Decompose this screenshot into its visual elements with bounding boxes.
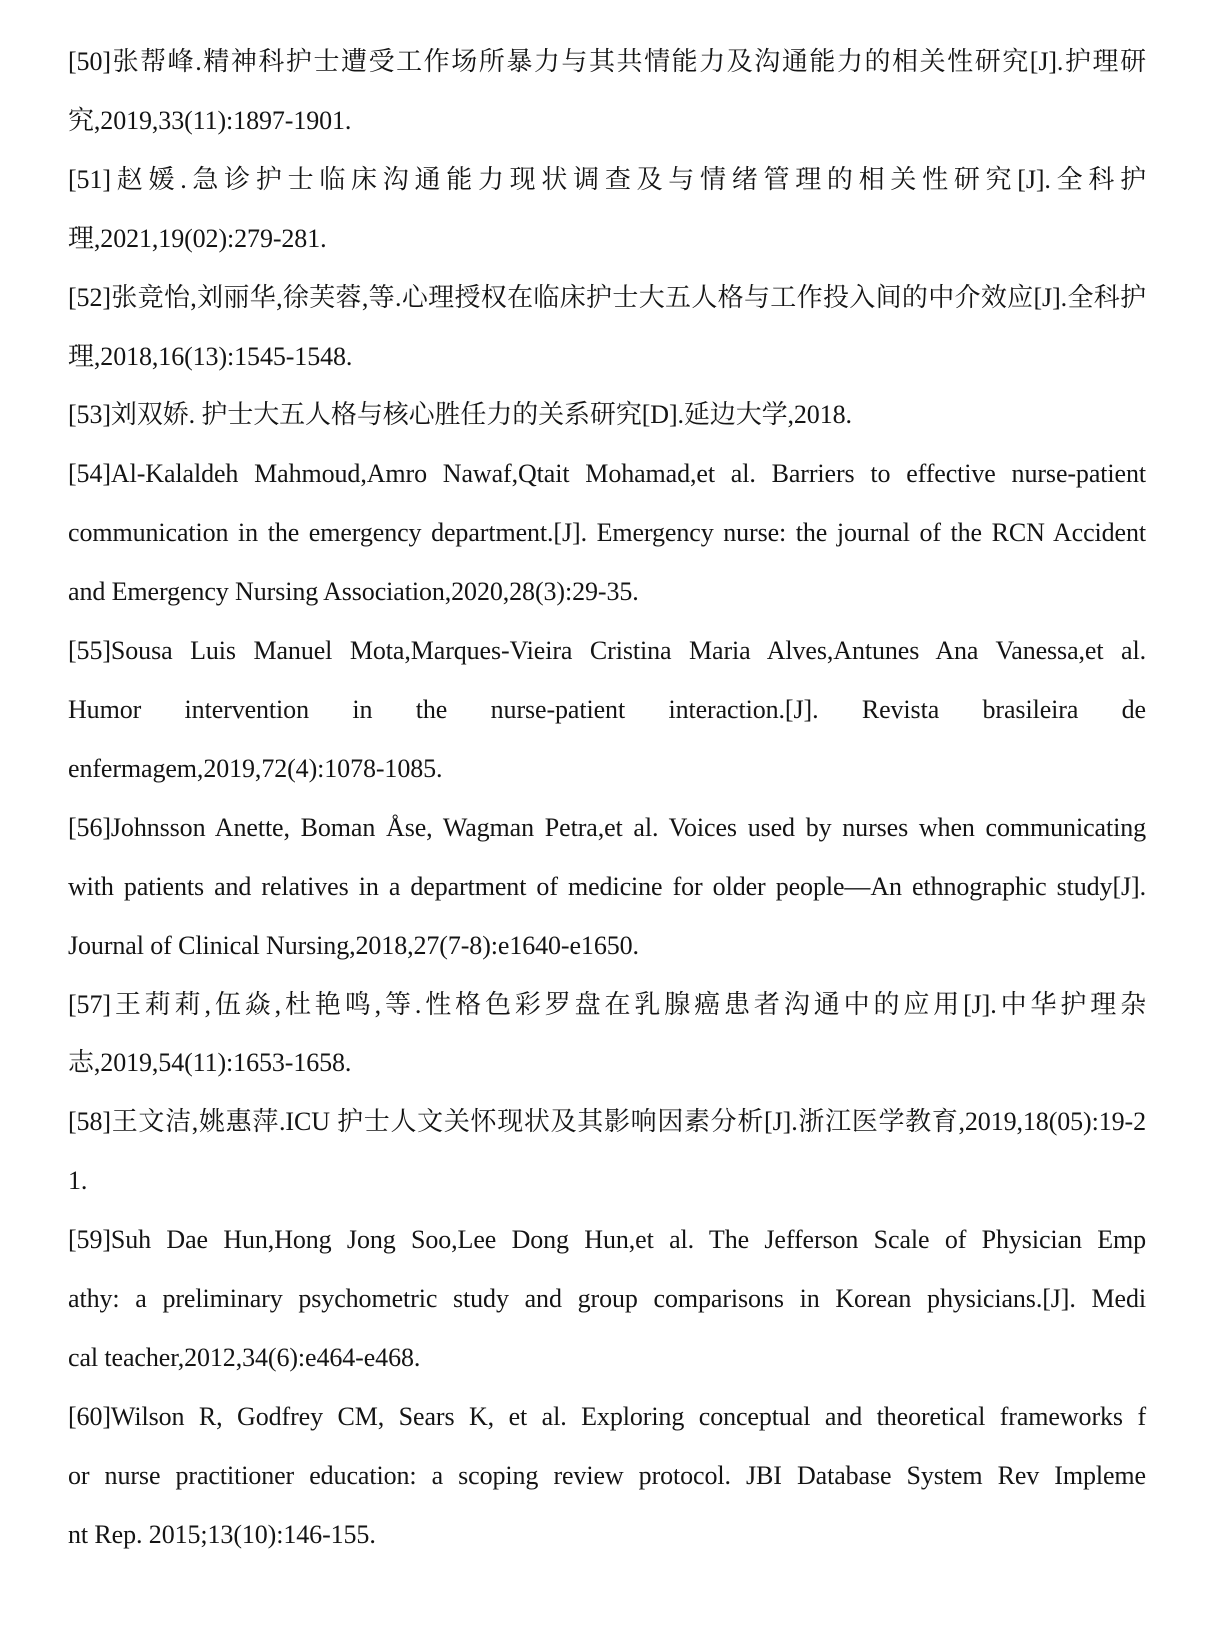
reference-line: [52]张竞怡,刘丽华,徐芙蓉,等.心理授权在临床护士大五人格与工作投入间的中介… xyxy=(68,269,1146,328)
reference-line: [53]刘双娇. 护士大五人格与核心胜任力的关系研究[D].延边大学,2018. xyxy=(68,386,1146,445)
reference-line: [55]Sousa Luis Manuel Mota,Marques-Vieir… xyxy=(68,622,1146,681)
reference-line: [60]Wilson R, Godfrey CM, Sears K, et al… xyxy=(68,1388,1146,1447)
reference-line: 究,2019,33(11):1897-1901. xyxy=(68,92,1146,151)
reference-line: communication in the emergency departmen… xyxy=(68,504,1146,563)
document-page: [50]张帮峰.精神科护士遭受工作场所暴力与其共情能力及沟通能力的相关性研究[J… xyxy=(0,0,1222,1646)
reference-line: Journal of Clinical Nursing,2018,27(7-8)… xyxy=(68,917,1146,976)
reference-line: 1. xyxy=(68,1152,1146,1211)
reference-line: athy: a preliminary psychometric study a… xyxy=(68,1270,1146,1329)
reference-line: [54]Al-Kalaldeh Mahmoud,Amro Nawaf,Qtait… xyxy=(68,445,1146,504)
reference-line: [57]王莉莉,伍焱,杜艳鸣,等.性格色彩罗盘在乳腺癌患者沟通中的应用[J].中… xyxy=(68,976,1146,1035)
reference-line: [56]Johnsson Anette, Boman Åse, Wagman P… xyxy=(68,799,1146,858)
reference-line: and Emergency Nursing Association,2020,2… xyxy=(68,563,1146,622)
reference-line: 理,2021,19(02):279-281. xyxy=(68,210,1146,269)
reference-line: cal teacher,2012,34(6):e464-e468. xyxy=(68,1329,1146,1388)
reference-line: [50]张帮峰.精神科护士遭受工作场所暴力与其共情能力及沟通能力的相关性研究[J… xyxy=(68,33,1146,92)
reference-line: [58]王文洁,姚惠萍.ICU 护士人文关怀现状及其影响因素分析[J].浙江医学… xyxy=(68,1093,1146,1152)
reference-line: 理,2018,16(13):1545-1548. xyxy=(68,328,1146,387)
reference-line: [51]赵媛.急诊护士临床沟通能力现状调查及与情绪管理的相关性研究[J].全科护 xyxy=(68,151,1146,210)
reference-line: enfermagem,2019,72(4):1078-1085. xyxy=(68,740,1146,799)
reference-line: 志,2019,54(11):1653-1658. xyxy=(68,1034,1146,1093)
reference-line: [59]Suh Dae Hun,Hong Jong Soo,Lee Dong H… xyxy=(68,1211,1146,1270)
reference-line: Humor intervention in the nurse-patient … xyxy=(68,681,1146,740)
reference-line: or nurse practitioner education: a scopi… xyxy=(68,1447,1146,1506)
reference-line: with patients and relatives in a departm… xyxy=(68,858,1146,917)
references-list: [50]张帮峰.精神科护士遭受工作场所暴力与其共情能力及沟通能力的相关性研究[J… xyxy=(68,33,1146,1565)
reference-line: nt Rep. 2015;13(10):146-155. xyxy=(68,1506,1146,1565)
